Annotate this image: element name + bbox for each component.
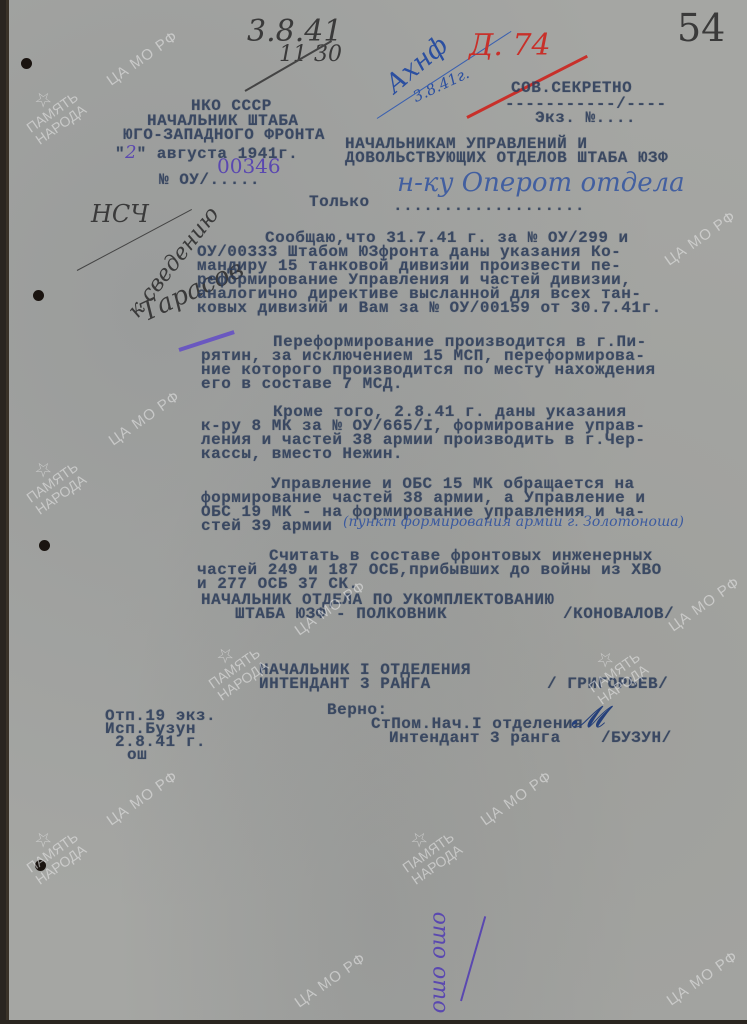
watermark-camo: ЦА МО РФ xyxy=(662,208,740,269)
document-page: 54 3.8.41 11 30 Ахнф 3.8.41г. Д. 74 НКО … xyxy=(6,0,747,1020)
body-p1-line: ковых дивизий и Вам за № ОУ/00159 от 30.… xyxy=(197,300,662,316)
punch-hole xyxy=(21,58,32,69)
body-p2-line: его в составе 7 МСД. xyxy=(201,376,403,392)
body-p4-line: стей 39 армии xyxy=(201,518,332,534)
watermark-pamyat: ☆ ПАМЯТЬ НАРОДА xyxy=(15,447,89,518)
sig1-name: /КОНОВАЛОВ/ xyxy=(563,606,674,622)
sig2-title2: ИНТЕНДАНТ 3 РАНГА xyxy=(259,676,431,692)
only-label: Только xyxy=(309,194,370,210)
header-front: ЮГО-ЗАПАДНОГО ФРОНТА xyxy=(123,127,325,143)
watermark-camo: ЦА МО РФ xyxy=(664,948,742,1009)
sig3-title2: Интендант 3 ранга xyxy=(389,730,561,746)
watermark-camo: ЦА МО РФ xyxy=(104,768,182,829)
page-number: 54 xyxy=(677,6,725,50)
watermark-pamyat: ☆ ПАМЯТЬ НАРОДА xyxy=(577,637,651,708)
punch-hole xyxy=(39,540,50,551)
watermark-pamyat: ☆ ПАМЯТЬ НАРОДА xyxy=(15,817,89,888)
only-handwritten: н-ку Оперот отдела xyxy=(397,168,685,198)
punch-hole xyxy=(33,290,44,301)
header-number-handwritten: 00346 xyxy=(217,154,281,178)
classification-copy: Экз. №.... xyxy=(535,110,636,126)
body-p4-handwritten: (пункт формирования армии г. Золотоноша) xyxy=(343,514,684,530)
body-p5-line: и 277 ОСБ 37 СК. xyxy=(197,576,359,592)
classification-level: СОВ.СЕКРЕТНО xyxy=(511,80,632,96)
body-p3-line: кассы, вместо Нежин. xyxy=(201,446,403,462)
watermark-camo: ЦА МО РФ xyxy=(292,950,370,1011)
red-pencil-note: Д. 74 xyxy=(469,28,551,63)
bottom-violet-note: ото ото xyxy=(427,912,452,1014)
watermark-pamyat: ☆ ПАМЯТЬ НАРОДА xyxy=(15,77,89,148)
watermark-camo: ЦА МО РФ xyxy=(478,768,556,829)
watermark-camo: ЦА МО РФ xyxy=(666,574,744,635)
watermark-camo: ЦА МО РФ xyxy=(106,388,184,449)
margin-nsch: НСЧ xyxy=(91,200,149,228)
sig3-handwritten-signature: 𝓜 xyxy=(571,700,605,735)
only-dots: ................... xyxy=(393,198,585,214)
watermark-pamyat: ☆ ПАМЯТЬ НАРОДА xyxy=(391,817,465,888)
footer-initials: ош xyxy=(127,747,147,763)
watermark-camo: ЦА МО РФ xyxy=(104,28,182,89)
addressee-line2: ДОВОЛЬСТВУЮЩИХ ОТДЕЛОВ ШТАБА ЮЗФ xyxy=(345,150,668,166)
watermark-pamyat: ☆ ПАМЯТЬ НАРОДА xyxy=(197,633,271,704)
violet-stroke xyxy=(460,916,486,1001)
sig3-name: /БУЗУН/ xyxy=(601,730,672,746)
